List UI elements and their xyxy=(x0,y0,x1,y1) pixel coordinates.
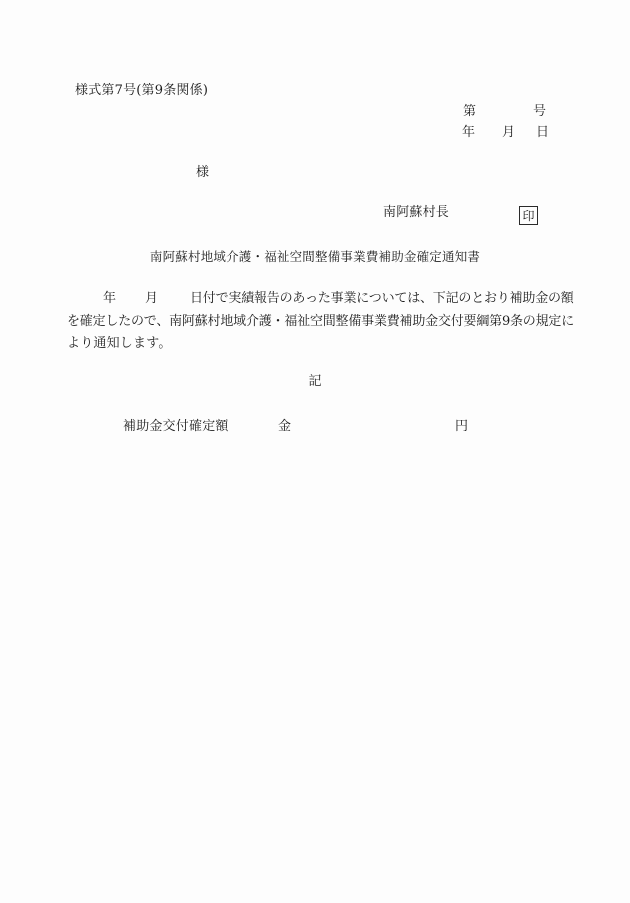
document-title: 南阿蘇村地域介護・福祉空間整備事業費補助金確定通知書 xyxy=(0,250,630,263)
body-blank-year-label: 年 xyxy=(103,292,116,305)
addressee-honorific: 様 xyxy=(196,166,209,179)
body-blank-month-label: 月 xyxy=(145,292,158,305)
doc-number-prefix: 第 xyxy=(463,105,476,118)
amount-label: 補助金交付確定額 xyxy=(123,420,229,433)
official-seal-placeholder: 印 xyxy=(519,206,538,225)
amount-currency-prefix: 金 xyxy=(278,420,291,433)
amount-currency-suffix: 円 xyxy=(455,420,468,433)
sender-title: 南阿蘇村長 xyxy=(383,206,449,219)
date-month-label: 月 xyxy=(502,126,515,139)
seal-label: 印 xyxy=(522,210,534,222)
date-year-label: 年 xyxy=(462,126,475,139)
record-marker: 記 xyxy=(0,375,630,388)
form-number: 様式第7号(第9条関係) xyxy=(75,84,208,97)
date-day-label: 日 xyxy=(536,126,549,139)
document-page: 様式第7号(第9条関係) 第 号 年 月 日 様 南阿蘇村長 印 南阿蘇村地域介… xyxy=(0,0,630,903)
body-paragraph-line3: より通知します。 xyxy=(67,337,172,350)
doc-number-suffix: 号 xyxy=(533,105,546,118)
body-paragraph-line1: 日付で実績報告のあった事業については、下記のとおり補助金の額 xyxy=(190,292,574,305)
body-paragraph-line2: を確定したので、南阿蘇村地域介護・福祉空間整備事業費補助金交付要綱第9条の規定に xyxy=(67,315,574,328)
